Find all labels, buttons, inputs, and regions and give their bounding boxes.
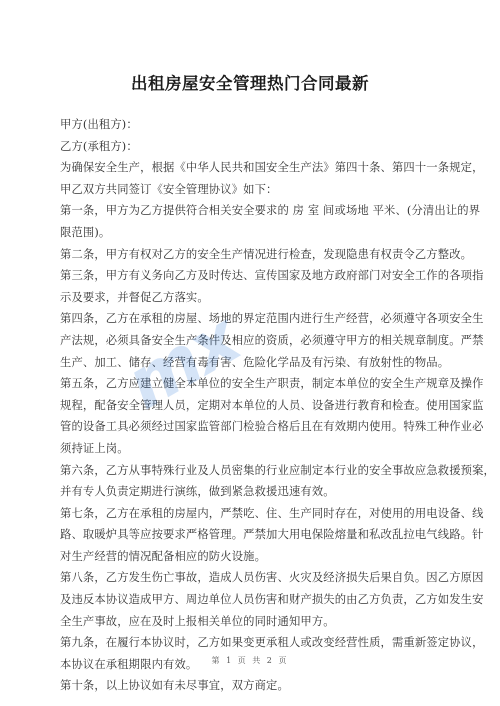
text-line: 管的设备工具必须经过国家监管部门检验合格后且在有效期内使用。特殊工种作业必 (60, 416, 460, 438)
text-line: 第九条，在履行本协议时，乙方如果变更承租人或改变经营性质，需重新签定协议， (60, 632, 460, 654)
text-line: 须持证上岗。 (60, 438, 460, 460)
text-line: 第一条，甲方为乙方提供符合相关安全要求的 房 室 间或场地 平米、(分清出让的界 (60, 200, 460, 222)
text-line: 第六条，乙方从事特殊行业及人员密集的行业应制定本行业的安全事故应急救援预案， (60, 460, 460, 482)
text-line: 并有专人负责定期进行演练，做到紧急救援迅速有效。 (60, 481, 460, 503)
text-line: 路、取暖炉具等应按要求严格管理。严禁加大用电保险熔量和私改乱拉电气线路。针 (60, 524, 460, 546)
text-line: 乙方(承租方)： (60, 136, 460, 158)
document-title: 出租房屋安全管理热门合同最新 (0, 70, 500, 94)
text-line: 为确保安全生产，根据《中华人民共和国安全生产法》第四十条、第四十一条规定， (60, 157, 460, 179)
text-line: 对生产经营的情况配备相应的防火设施。 (60, 546, 460, 568)
text-line: 第四条，乙方在承租的房屋、场地的界定范围内进行生产经营，必须遵守各项安全生 (60, 308, 460, 330)
text-line: 规程，配备安全管理人员，定期对本单位的人员、设备进行教育和检查。使用国家监 (60, 395, 460, 417)
text-line: 第七条，乙方在承租的房屋内，严禁吃、住、生产同时存在，对使用的用电设备、线 (60, 503, 460, 525)
text-line: 甲方(出租方)： (60, 114, 460, 136)
text-line: 第二条，甲方有权对乙方的安全生产情况进行检查，发现隐患有权责令乙方整改。 (60, 244, 460, 266)
page-number: 第 1 页 共 2 页 (0, 655, 500, 666)
text-line: 第三条，甲方有义务向乙方及时传达、宣传国家及地方政府部门对安全工作的各项指 (60, 265, 460, 287)
text-line: 限范围)。 (60, 222, 460, 244)
text-line: 产法规，必须具备安全生产条件及相应的资质，必须遵守甲方的相关规章制度。严禁 (60, 330, 460, 352)
text-line: 示及要求，并督促乙方落实。 (60, 287, 460, 309)
text-line: 全生产事故，应在及时上报相关单位的同时通知甲方。 (60, 611, 460, 633)
text-line: 第十条，以上协议如有未尽事宜，双方商定。 (60, 675, 460, 697)
document-page: 出租房屋安全管理热门合同最新 甲方(出租方)： 乙方(承租方)： 为确保安全生产… (0, 0, 500, 706)
text-line: 生产、加工、储存、经营有毒有害、危险化学品及有污染、有放射性的物品。 (60, 352, 460, 374)
text-line: 第五条，乙方应建立健全本单位的安全生产职责，制定本单位的安全生产规章及操作 (60, 373, 460, 395)
text-line: 第八条，乙方发生伤亡事故，造成人员伤害、火灾及经济损失后果自负。因乙方原因 (60, 567, 460, 589)
document-body: 甲方(出租方)： 乙方(承租方)： 为确保安全生产，根据《中华人民共和国安全生产… (60, 114, 460, 697)
text-line: 甲乙双方共同签订《安全管理协议》如下： (60, 179, 460, 201)
text-line: 及违反本协议造成甲方、周边单位人员伤害和财产损失的由乙方负责，乙方如发生安 (60, 589, 460, 611)
